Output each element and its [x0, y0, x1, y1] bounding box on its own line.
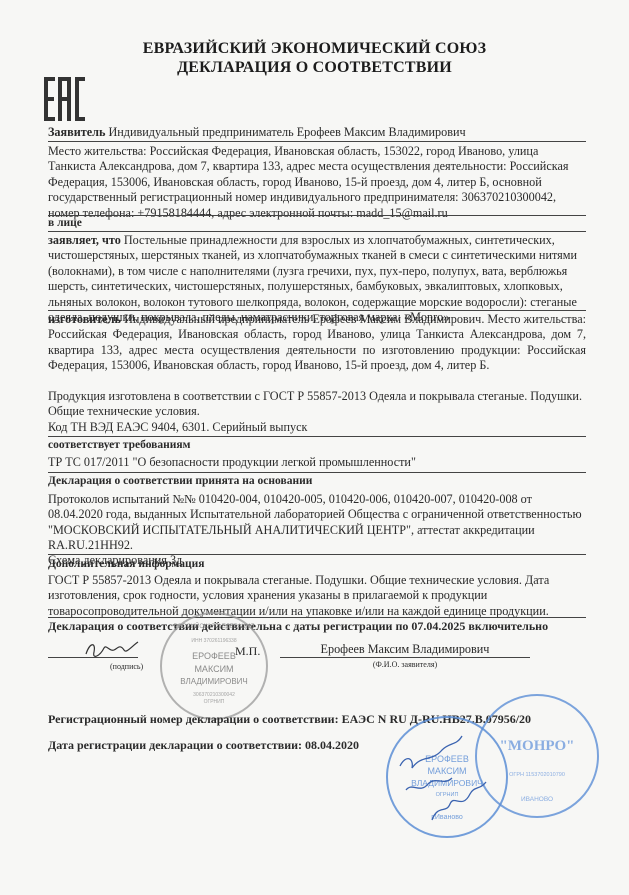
basis-text: Протоколов испытаний №№ 010420-004, 0104…: [48, 483, 586, 554]
manufacturer-section: изготовитель Индивидуальный предпринимат…: [48, 312, 586, 374]
hs-code: Код ТН ВЭД ЕАЭС 9404, 6301. Серийный вып…: [48, 420, 586, 435]
declaration-document: ЕВРАЗИЙСКИЙ ЭКОНОМИЧЕСКИЙ СОЮЗ ДЕКЛАРАЦИ…: [0, 0, 629, 895]
divider: [48, 617, 586, 618]
registration-number-label: Регистрационный номер декларации о соотв…: [48, 712, 339, 726]
name-caption: (Ф.И.О. заявителя): [280, 660, 530, 669]
handwritten-signature-icon: [392, 724, 492, 834]
divider: [48, 436, 586, 437]
divider: [48, 231, 586, 232]
standard-text: Продукция изготовлена в соответствии с Г…: [48, 389, 586, 420]
union-title: ЕВРАЗИЙСКИЙ ЭКОНОМИЧЕСКИЙ СОЮЗ: [0, 40, 629, 58]
applicant-line: Заявитель Индивидуальный предприниматель…: [48, 125, 586, 140]
conforms-label: соответствует требованиям: [48, 438, 586, 453]
divider: [48, 554, 586, 555]
declares-label: заявляет, что: [48, 233, 121, 247]
signature-scribble-icon: [82, 638, 142, 662]
in-person-label: в лице: [48, 216, 586, 231]
additional-text: ГОСТ Р 55857-2013 Одеяла и покрывала сте…: [48, 573, 586, 619]
registration-date-label: Дата регистрации декларации о соответств…: [48, 738, 302, 752]
applicant-label: Заявитель: [48, 125, 105, 139]
document-title: ДЕКЛАРАЦИЯ О СООТВЕТСТВИИ: [0, 59, 629, 77]
applicant-address: Место жительства: Российская Федерация, …: [48, 144, 586, 221]
left-stamp: РОССИЙСКАЯ ФЕДЕРАЦИЯ ИНН 370261196338 ЕР…: [160, 612, 268, 720]
eac-logo-icon: [44, 77, 86, 121]
name-line: [280, 657, 530, 658]
applicant-value: Индивидуальный предприниматель Ерофеев М…: [108, 125, 465, 139]
manufacturer-text: Индивидуальный предприниматель Ерофеев М…: [48, 312, 586, 372]
additional-label: Дополнительная информация: [48, 557, 586, 572]
divider: [48, 472, 586, 473]
applicant-name: Ерофеев Максим Владимирович: [280, 642, 530, 657]
manufacturer-label: изготовитель: [48, 312, 121, 326]
conforms-text: ТР ТС 017/2011 "О безопасности продукции…: [48, 455, 586, 470]
validity-text: Декларация о соответствии действительна …: [48, 619, 586, 634]
signature-caption: (подпись): [110, 662, 143, 671]
registration-date: 08.04.2020: [305, 738, 359, 752]
divider: [48, 310, 586, 311]
divider: [48, 141, 586, 142]
